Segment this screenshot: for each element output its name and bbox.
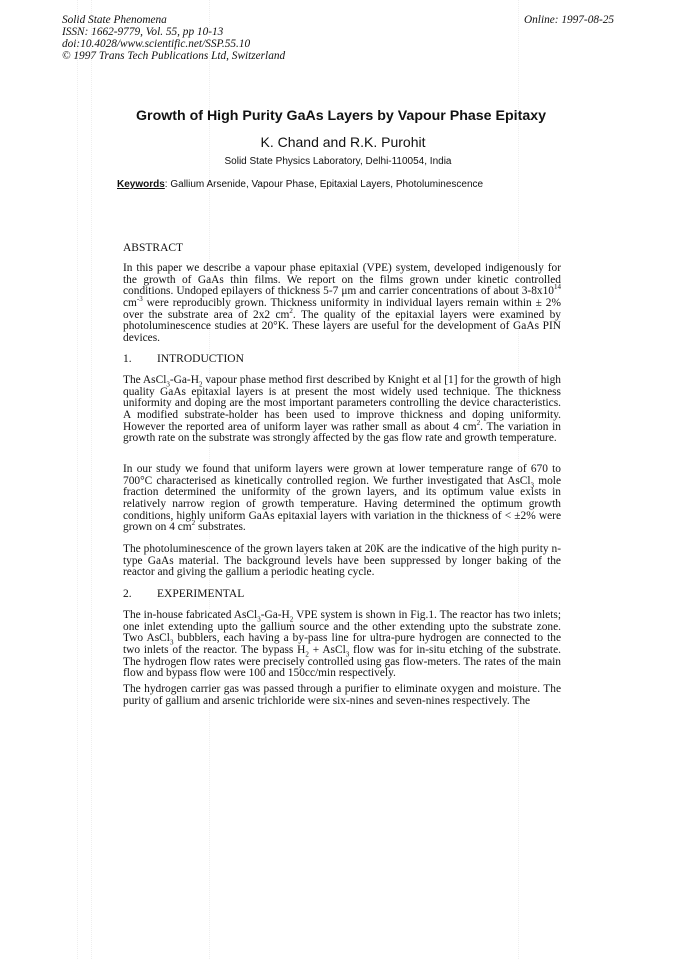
text: substrates. [195, 521, 246, 533]
section-title: EXPERIMENTAL [157, 588, 244, 600]
superscript: 14 [554, 284, 561, 292]
text: The photoluminescence of the grown layer… [123, 543, 561, 578]
experimental-paragraph-1: The in-house fabricated AsCl3-Ga-H2 VPE … [123, 610, 561, 680]
keywords-list: : Gallium Arsenide, Vapour Phase, Epitax… [165, 179, 483, 190]
intro-paragraph-3: The photoluminescence of the grown layer… [123, 544, 561, 579]
section-number: 2. [123, 588, 157, 600]
paper-title: Growth of High Purity GaAs Layers by Vap… [2, 108, 678, 124]
abstract-heading: ABSTRACT [123, 242, 183, 254]
section-number: 1. [123, 353, 157, 365]
text: The hydrogen carrier gas was passed thro… [123, 683, 561, 707]
keywords-line: Keywords: Gallium Arsenide, Vapour Phase… [117, 179, 483, 190]
intro-paragraph-2: In our study we found that uniform layer… [123, 464, 561, 534]
intro-paragraph-1: The AsCl3-Ga-H2 vapour phase method firs… [123, 375, 561, 445]
abstract-paragraph: In this paper we describe a vapour phase… [123, 263, 561, 345]
paper-authors: K. Chand and R.K. Purohit [4, 134, 678, 150]
abstract-text: cm [123, 297, 137, 309]
online-date: Online: 1997-08-25 [524, 14, 614, 26]
section-heading-experimental: 2.EXPERIMENTAL [123, 588, 244, 600]
section-title: INTRODUCTION [157, 353, 244, 365]
keywords-label: Keywords [117, 179, 165, 190]
section-heading-introduction: 1.INTRODUCTION [123, 353, 244, 365]
journal-citation: Solid State Phenomena ISSN: 1662-9779, V… [62, 14, 285, 62]
text: The in-house fabricated AsCl [123, 609, 257, 621]
text: In our study we found that uniform layer… [123, 463, 561, 487]
affiliation: Solid State Physics Laboratory, Delhi-11… [0, 156, 677, 167]
doi-link[interactable]: doi:10.4028/www.scientific.net/SSP.55.10 [62, 38, 285, 50]
experimental-paragraph-2: The hydrogen carrier gas was passed thro… [123, 684, 561, 707]
issn-volume: ISSN: 1662-9779, Vol. 55, pp 10-13 [62, 26, 285, 38]
text: + AsCl [309, 644, 346, 656]
abstract-text: In this paper we describe a vapour phase… [123, 262, 561, 297]
text: The AsCl [123, 374, 166, 386]
journal-name: Solid State Phenomena [62, 14, 285, 26]
copyright: © 1997 Trans Tech Publications Ltd, Swit… [62, 50, 285, 62]
text: -Ga-H [261, 609, 290, 621]
text: -Ga-H [170, 374, 199, 386]
